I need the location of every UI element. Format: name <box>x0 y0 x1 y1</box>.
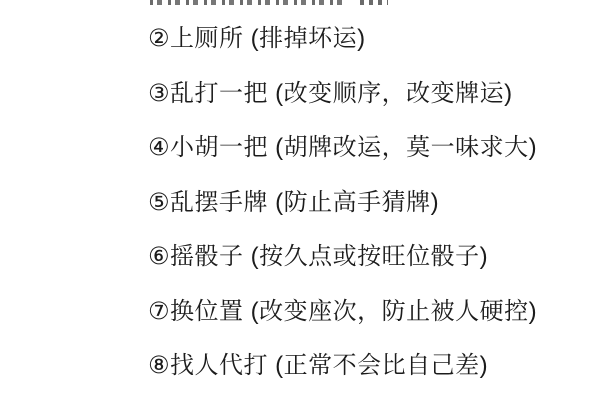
tip-list: ②上厕所 (排掉坏运) ③乱打一把 (改变顺序，改变牌运) ④小胡一把 (胡牌改… <box>148 26 600 400</box>
tip-item-2: ②上厕所 (排掉坏运) <box>148 26 600 81</box>
tip-item-7: ⑦换位置 (改变座次，防止被人硬控) <box>148 299 600 354</box>
tip-item-8: ⑧找人代打 (正常不会比自己差) <box>148 353 600 400</box>
tip-item-4: ④小胡一把 (胡牌改运，莫一味求大) <box>148 135 600 190</box>
truncated-text-remnant <box>360 0 388 5</box>
tip-item-3: ③乱打一把 (改变顺序，改变牌运) <box>148 81 600 136</box>
truncated-text-remnant <box>150 0 346 5</box>
tips-page: ②上厕所 (排掉坏运) ③乱打一把 (改变顺序，改变牌运) ④小胡一把 (胡牌改… <box>0 0 600 400</box>
tip-item-6: ⑥摇骰子 (按久点或按旺位骰子) <box>148 244 600 299</box>
tip-item-5: ⑤乱摆手牌 (防止高手猜牌) <box>148 190 600 245</box>
